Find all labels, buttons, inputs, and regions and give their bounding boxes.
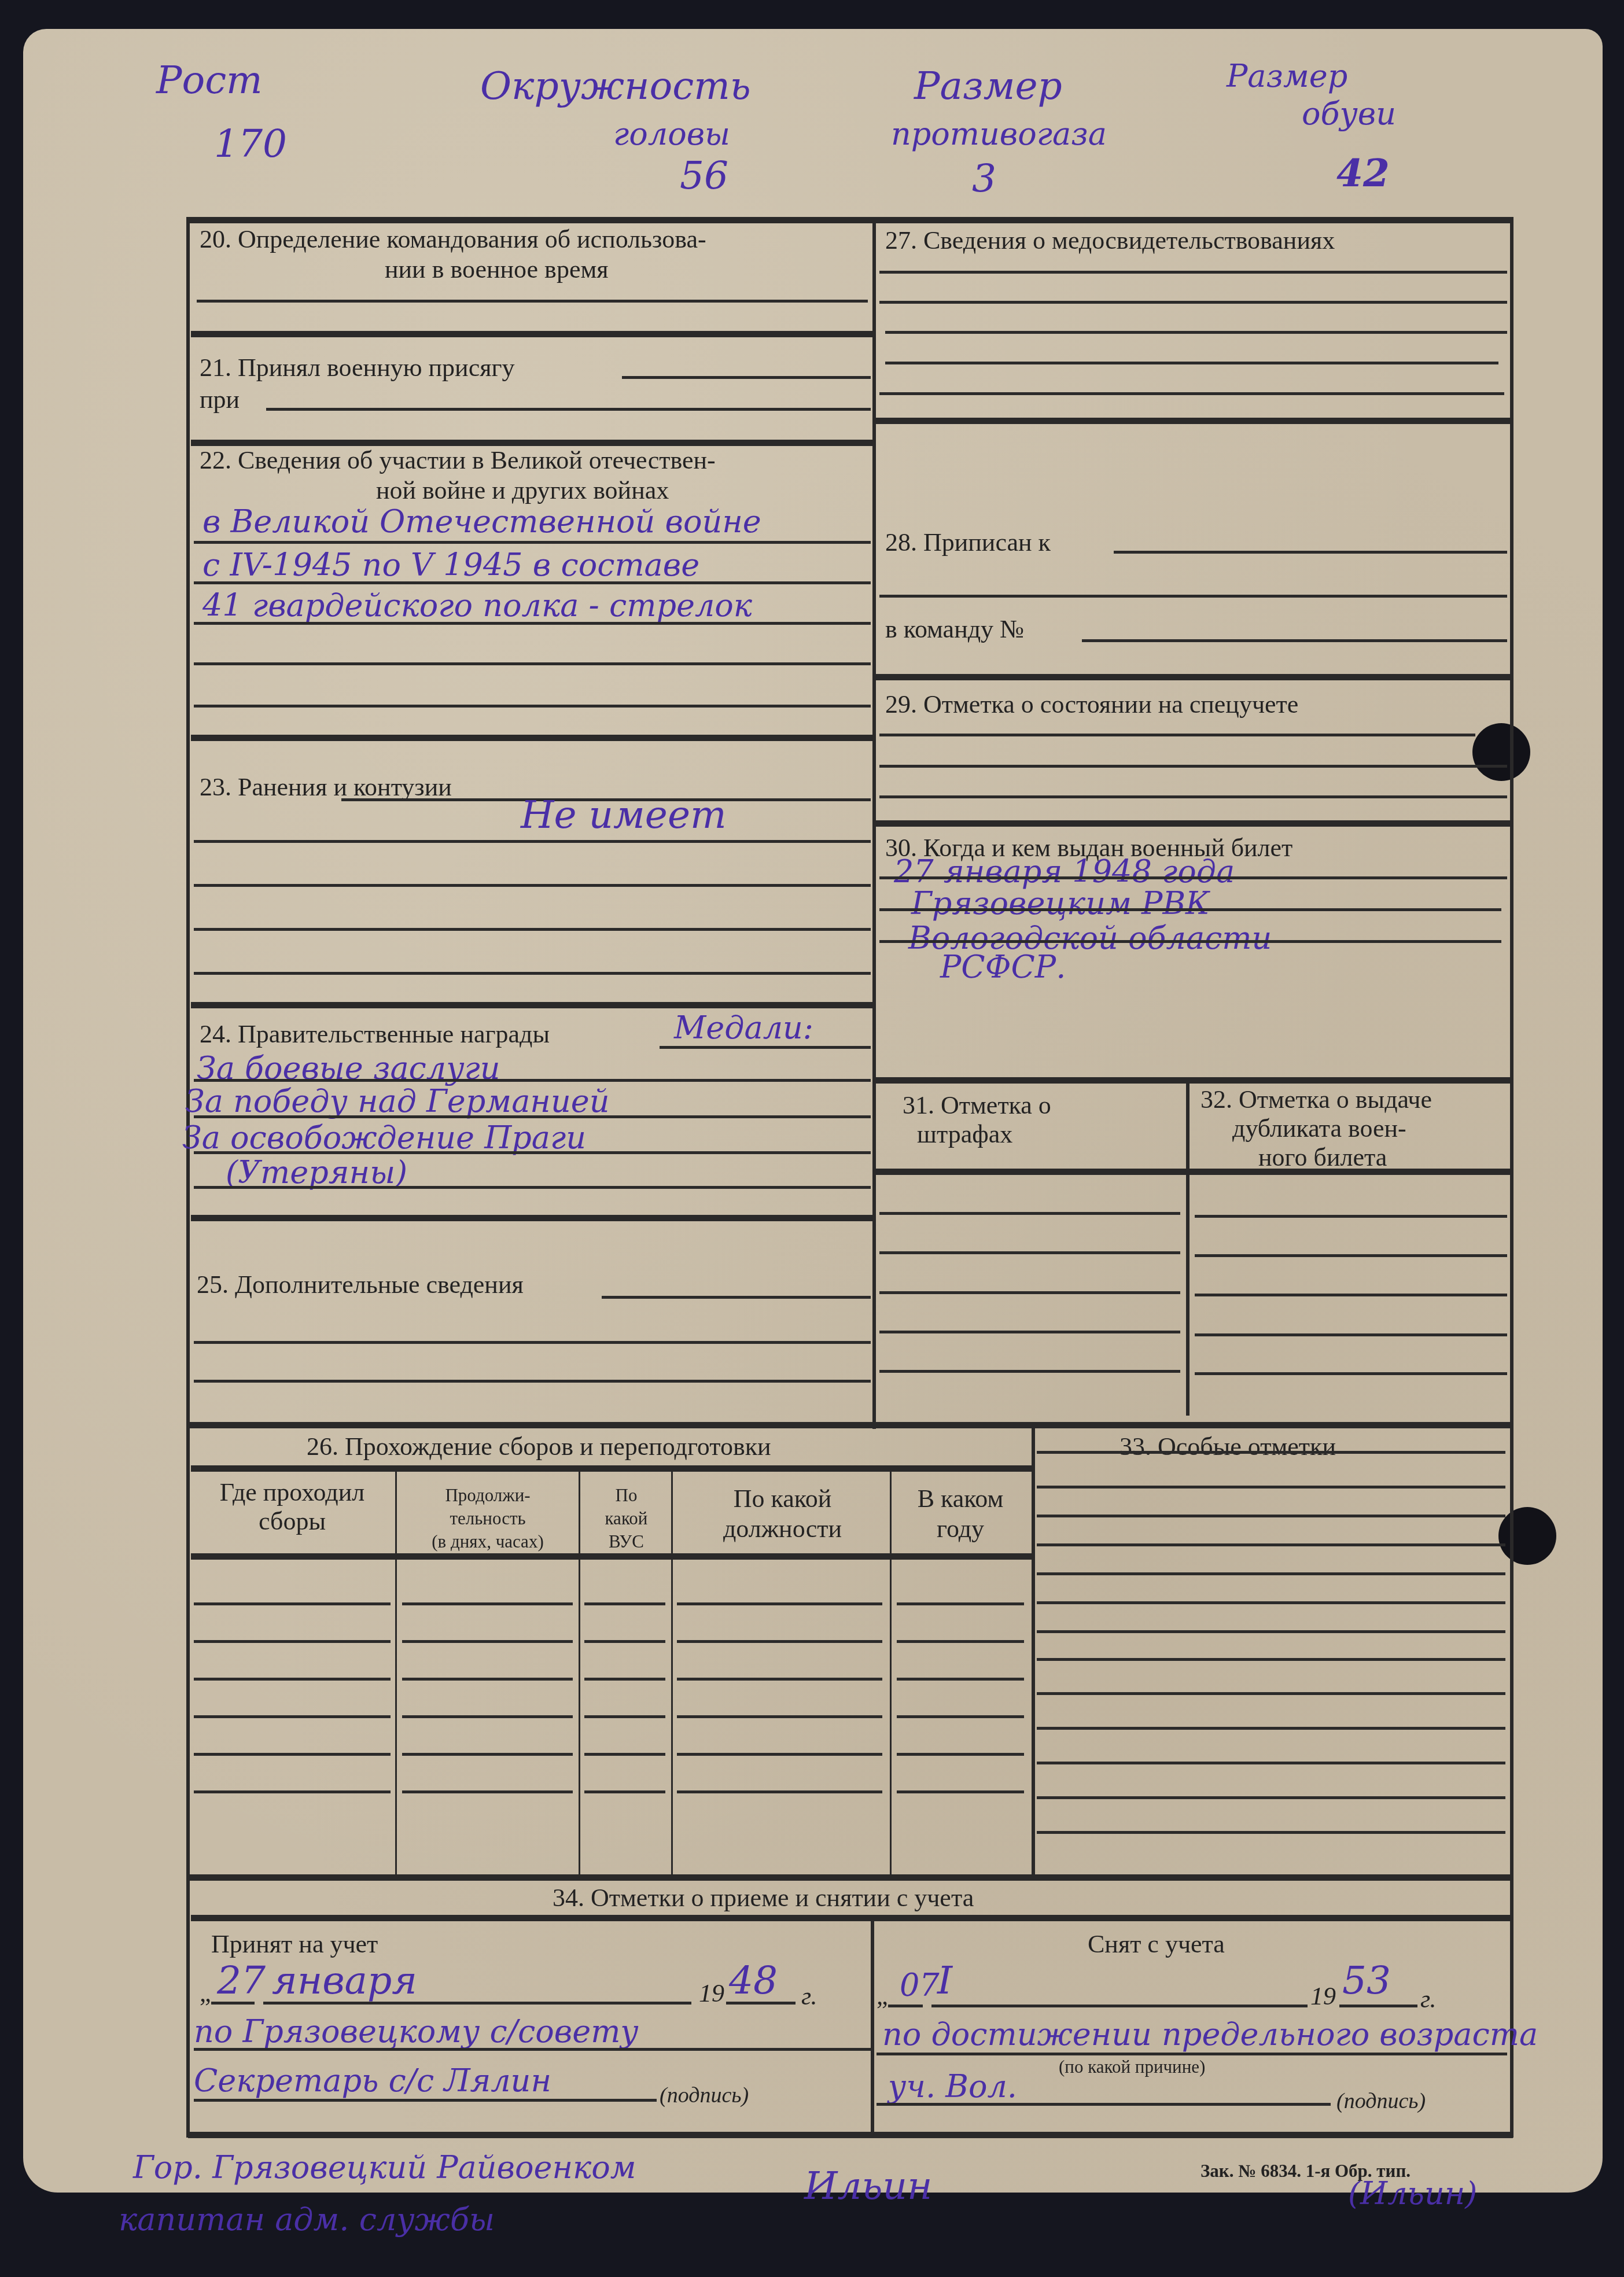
- stamp-signature: (Ильин): [1348, 2175, 1477, 2212]
- s26-col-divider: [395, 1469, 397, 1877]
- head-value: 56: [680, 153, 728, 198]
- gasmask-label-2: противогаза: [891, 116, 1107, 152]
- removed-year-unit: г.: [1420, 1984, 1437, 2014]
- section-divider: [876, 1077, 1510, 1084]
- hole-punch: [1498, 1507, 1556, 1565]
- ruled-line: [194, 928, 871, 931]
- ruled-line: [1037, 1796, 1505, 1799]
- section-24-award-3: За освобождение Праги: [182, 1119, 586, 1156]
- s26-col-divider: [579, 1469, 580, 1877]
- column-divider-26-33: [1032, 1426, 1035, 1877]
- removed-reason-label: (по какой причине): [1059, 2057, 1205, 2077]
- frame-right: [1510, 217, 1513, 2138]
- ruled-line: [1037, 1630, 1505, 1633]
- ruled-line: [879, 1251, 1180, 1254]
- commissar-title: Гор. Грязовецкий Райвоенком: [133, 2149, 636, 2186]
- ruled-line: [879, 1212, 1180, 1215]
- ruled-line: [1037, 1831, 1505, 1834]
- ruled-line: [677, 1753, 882, 1756]
- ruled-line: [584, 1640, 665, 1643]
- ruled-line: [194, 1186, 871, 1189]
- height-value: 170: [214, 121, 287, 166]
- section-22-value-line-3: 41 гвардейского полка - стрелок: [202, 587, 752, 624]
- ruled-line: [402, 1790, 573, 1793]
- section-21-at-line[interactable]: [266, 408, 871, 411]
- section-33-label: 33. Особые отметки: [1120, 1432, 1336, 1461]
- removed-reason-line[interactable]: [877, 2053, 1507, 2055]
- section-24-label: 24. Правительственные награды: [200, 1019, 550, 1049]
- section-20-line[interactable]: [197, 300, 868, 303]
- ruled-line: [1037, 1572, 1505, 1575]
- head-label-2: головы: [613, 116, 730, 152]
- ruled-line: [584, 1678, 665, 1681]
- ruled-line: [402, 1640, 573, 1643]
- accepted-label: Принят на учет: [211, 1929, 378, 1959]
- section-divider: [191, 1465, 1033, 1472]
- section-24-award-4: (Утеряны): [226, 1154, 407, 1191]
- ruled-line: [879, 1291, 1180, 1294]
- section-23-label: 23. Ранения и контузии: [200, 772, 452, 802]
- ruled-line: [194, 1115, 871, 1118]
- removed-year-prefix: 19: [1310, 1981, 1336, 2011]
- ruled-line: [677, 1640, 882, 1643]
- shoes-label-2: обуви: [1302, 95, 1396, 132]
- ruled-line: [584, 1602, 665, 1605]
- section-divider: [191, 1915, 1510, 1921]
- shoes-value: 42: [1336, 150, 1390, 196]
- accepted-by-line[interactable]: [194, 2048, 871, 2051]
- section-divider: [188, 1874, 1513, 1881]
- ruled-line: [879, 734, 1475, 736]
- section-divider: [191, 1002, 872, 1008]
- section-29-label: 29. Отметка о состоянии на спецучете: [885, 690, 1298, 719]
- shoes-label: Размер: [1227, 58, 1347, 94]
- accepted-day-line[interactable]: [211, 2002, 255, 2005]
- s26-header-divider: [191, 1553, 1033, 1560]
- frame-left: [186, 217, 190, 2138]
- ruled-line: [879, 392, 1504, 395]
- accepted-year-line[interactable]: [726, 2002, 796, 2005]
- section-21-oath-line[interactable]: [622, 376, 871, 379]
- ruled-line: [194, 1678, 391, 1681]
- section-30-value-line-1: 27 января 1948 года: [894, 853, 1235, 890]
- quote-mark: „: [200, 1978, 211, 2008]
- section-32-label-3: ного билета: [1258, 1143, 1387, 1172]
- ruled-line: [677, 1602, 882, 1605]
- ruled-line: [879, 1370, 1180, 1373]
- ruled-line: [194, 1341, 871, 1344]
- ruled-line: [1037, 1451, 1505, 1454]
- section-21-label: 21. Принял военную присягу: [200, 353, 514, 382]
- removed-year-suffix: 53: [1342, 1958, 1391, 2003]
- removed-month-line[interactable]: [931, 2005, 1308, 2007]
- section-divider: [876, 1169, 1510, 1175]
- ruled-line: [897, 1602, 1024, 1605]
- accepted-year-prefix: 19: [699, 1978, 724, 2008]
- accepted-signature-label: (подпись): [660, 2083, 749, 2108]
- s26-col-divider: [671, 1469, 673, 1877]
- removed-year-line[interactable]: [1339, 2005, 1417, 2007]
- ruled-line: [194, 884, 871, 887]
- section-23-value: Не имеет: [521, 793, 727, 837]
- section-22-value-line-1: в Великой Отечественной войне: [202, 503, 761, 540]
- ruled-line: [194, 1602, 391, 1605]
- ruled-line: [194, 705, 871, 708]
- section-20-label: 20. Определение командования об использо…: [200, 224, 706, 254]
- accepted-day: 27: [217, 1958, 266, 2003]
- ruled-line: [897, 1715, 1024, 1718]
- section-32-label-2: дубликата воен-: [1232, 1114, 1406, 1143]
- section-28-line[interactable]: [1114, 551, 1507, 554]
- height-label: Рост: [156, 58, 263, 102]
- section-25-line[interactable]: [602, 1296, 871, 1299]
- column-divider-31-32: [1186, 1083, 1190, 1416]
- s26-col-header-position: По какой должности: [674, 1484, 891, 1544]
- ruled-line: [660, 1046, 871, 1049]
- ruled-line: [402, 1715, 573, 1718]
- section-26-title: 26. Прохождение сборов и переподготовки: [307, 1432, 771, 1461]
- ruled-line: [1037, 1601, 1505, 1604]
- section-30-value-line-2: Грязовецким РВК: [911, 885, 1210, 922]
- ruled-line: [402, 1678, 573, 1681]
- section-30-value-line-4: РСФСР.: [940, 949, 1066, 985]
- section-34-title: 34. Отметки о приеме и снятии с учета: [553, 1883, 974, 1913]
- section-divider: [876, 418, 1510, 424]
- ruled-line: [194, 1380, 871, 1383]
- frame-top: [188, 217, 1513, 223]
- ruled-line: [584, 1753, 665, 1756]
- ruled-line: [402, 1602, 573, 1605]
- removed-label: Снят с учета: [1088, 1929, 1225, 1959]
- ruled-line: [1037, 1762, 1505, 1764]
- ruled-line: [1195, 1215, 1507, 1218]
- ruled-line: [402, 1753, 573, 1756]
- ruled-line: [879, 301, 1507, 304]
- ruled-line: [194, 972, 871, 975]
- ruled-line: [879, 795, 1507, 798]
- accepted-by: по Грязовецкому с/совету: [194, 2013, 639, 2050]
- column-divider-34: [871, 1919, 874, 2134]
- s26-col-header-year: В каком году: [894, 1484, 1027, 1544]
- section-22-label: 22. Сведения об участии в Великой отечес…: [200, 445, 716, 475]
- removed-day-line[interactable]: [888, 2005, 923, 2007]
- removed-reason: по достижении предельного возраста: [882, 2016, 1538, 2053]
- ruled-line: [1195, 1333, 1507, 1336]
- s26-col-header-place: Где проходил сборы: [191, 1478, 393, 1536]
- removed-day: 07: [900, 1967, 940, 2003]
- quote-mark: „: [877, 1981, 888, 2011]
- section-28-team-line[interactable]: [1082, 639, 1507, 642]
- ruled-line: [1037, 1727, 1505, 1730]
- section-divider: [191, 735, 872, 741]
- ruled-line: [194, 622, 871, 625]
- ruled-line: [1195, 1294, 1507, 1296]
- section-22-value-line-2: с IV-1945 по V 1945 в составе: [202, 547, 699, 583]
- section-20-label-2: нии в военное время: [385, 255, 609, 284]
- section-divider: [876, 674, 1510, 680]
- ruled-line: [677, 1790, 882, 1793]
- ruled-line: [1037, 1658, 1505, 1661]
- ruled-line: [677, 1715, 882, 1718]
- section-divider: [191, 1215, 872, 1221]
- frame-bottom: [188, 2132, 1513, 2138]
- removed-signature: уч. Вол.: [888, 2068, 1017, 2105]
- accepted-year-unit: г.: [801, 1981, 817, 2011]
- ruled-line: [584, 1790, 665, 1793]
- ruled-line: [194, 541, 871, 544]
- removed-signature-line[interactable]: [877, 2103, 1331, 2106]
- section-divider: [191, 331, 872, 337]
- gasmask-value: 3: [972, 156, 996, 201]
- accepted-year-suffix: 48: [729, 1958, 778, 2003]
- ruled-line: [1195, 1372, 1507, 1375]
- ruled-line: [879, 940, 1501, 943]
- section-divider: [188, 1422, 1513, 1428]
- ruled-line: [879, 908, 1501, 911]
- ruled-line: [584, 1715, 665, 1718]
- section-24-value-inline: Медали:: [674, 1009, 813, 1046]
- ruled-line: [879, 876, 1507, 879]
- ruled-line: [1037, 1515, 1505, 1517]
- ruled-line: [677, 1678, 882, 1681]
- removed-signature-label: (подпись): [1336, 2088, 1426, 2114]
- ruled-line: [194, 1715, 391, 1718]
- ruled-line: [1037, 1486, 1505, 1488]
- accepted-signature: Секретарь с/с Лялин: [194, 2062, 551, 2099]
- ruled-line: [885, 362, 1498, 364]
- commissar-signature: Ильин: [804, 2164, 933, 2208]
- ruled-line: [194, 1640, 391, 1643]
- ruled-line: [879, 765, 1507, 768]
- commissar-rank: капитан адм. службы: [119, 2201, 495, 2238]
- ruled-line: [194, 662, 871, 665]
- ruled-line: [1037, 1692, 1505, 1695]
- section-28-label: 28. Приписан к: [885, 528, 1051, 557]
- removed-month: I: [937, 1958, 952, 2003]
- section-31-label: 31. Отметка о: [903, 1090, 1051, 1120]
- ruled-line: [885, 331, 1507, 334]
- s26-col-divider: [890, 1469, 892, 1877]
- accepted-signature-line[interactable]: [194, 2099, 657, 2102]
- section-21-at-label: при: [200, 385, 240, 414]
- section-divider: [876, 820, 1510, 827]
- ruled-line: [879, 1331, 1180, 1333]
- ruled-line: [194, 840, 871, 843]
- ruled-line: [194, 1790, 391, 1793]
- s26-col-header-vus: По какой ВУС: [581, 1484, 671, 1553]
- ruled-line: [194, 1753, 391, 1756]
- ruled-line: [879, 271, 1507, 274]
- ruled-line: [897, 1753, 1024, 1756]
- ruled-line: [194, 581, 871, 584]
- section-27-label: 27. Сведения о медосвидетельствованиях: [885, 226, 1335, 255]
- s26-col-header-duration: Продолжи- тельность (в днях, часах): [398, 1484, 577, 1553]
- section-25-label: 25. Дополнительные сведения: [197, 1270, 524, 1299]
- section-32-label: 32. Отметка о выдаче: [1200, 1085, 1432, 1114]
- section-24-award-2: За победу над Германией: [185, 1083, 609, 1119]
- accepted-month: января: [272, 1958, 417, 2003]
- head-label: Окружность: [480, 64, 751, 108]
- ruled-line: [897, 1640, 1024, 1643]
- ruled-line: [897, 1678, 1024, 1681]
- accepted-month-line[interactable]: [263, 2002, 691, 2005]
- section-28-team-label: в команду №: [885, 614, 1024, 644]
- hole-punch: [1472, 723, 1530, 781]
- ruled-line: [879, 595, 1507, 598]
- ruled-line: [1195, 1254, 1507, 1257]
- section-31-label-2: штрафах: [917, 1119, 1012, 1149]
- ruled-line: [897, 1790, 1024, 1793]
- gasmask-label: Размер: [914, 64, 1062, 108]
- ruled-line: [194, 1079, 871, 1082]
- section-22-label-2: ной войне и других войнах: [376, 476, 669, 505]
- ruled-line: [1037, 1543, 1505, 1546]
